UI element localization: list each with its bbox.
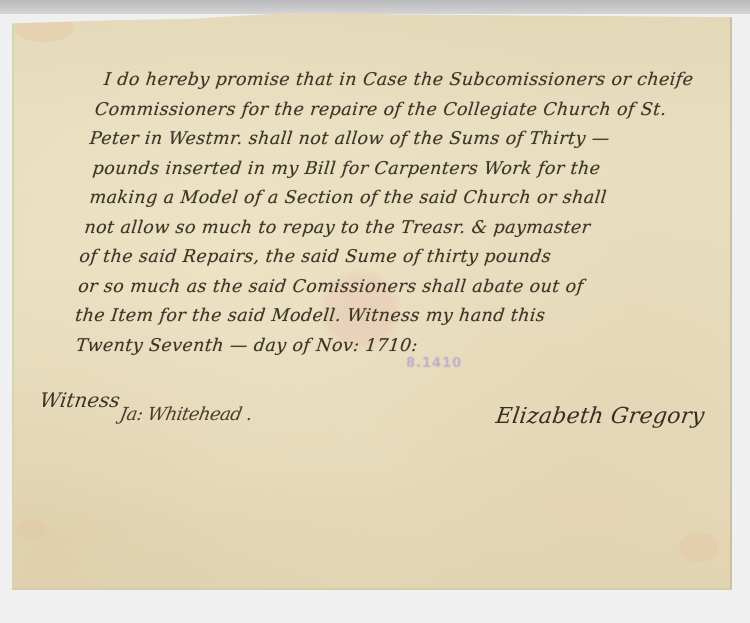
text-line-7: of the said Repairs, the said Sume of th… xyxy=(76,243,729,273)
text-line-8: or so much as the said Comissioners shal… xyxy=(73,273,726,303)
text-line-10: Twenty Seventh — day of Nov: 1710: xyxy=(66,332,719,362)
text-line-1: I do hereby promise that in Case the Sub… xyxy=(94,66,747,96)
witness-signature: Ja: Whitehead . xyxy=(118,404,254,425)
scan-viewer: I do hereby promise that in Case the Sub… xyxy=(0,0,750,623)
paper-stain xyxy=(16,520,46,540)
signatory-signature: Elizabeth Gregory xyxy=(494,404,706,429)
promissory-note-body: I do hereby promise that in Case the Sub… xyxy=(66,66,747,361)
text-line-5: making a Model of a Section of the said … xyxy=(82,184,735,214)
paper-stain xyxy=(679,532,719,562)
text-line-9: the Item for the said Modell. Witness my… xyxy=(70,302,723,332)
text-line-6: not allow so much to repay to the Treasr… xyxy=(79,214,732,244)
text-line-4: pounds inserted in my Bill for Carpenter… xyxy=(85,155,738,185)
archive-stamp: 8.1410 xyxy=(406,356,444,376)
text-line-3: Peter in Westmr. shall not allow of the … xyxy=(88,125,741,155)
text-line-2: Commissioners for the repaire of the Col… xyxy=(91,96,744,126)
scanner-top-edge xyxy=(0,0,750,14)
paper-stain xyxy=(14,12,74,42)
witness-label: Witness xyxy=(38,388,121,412)
